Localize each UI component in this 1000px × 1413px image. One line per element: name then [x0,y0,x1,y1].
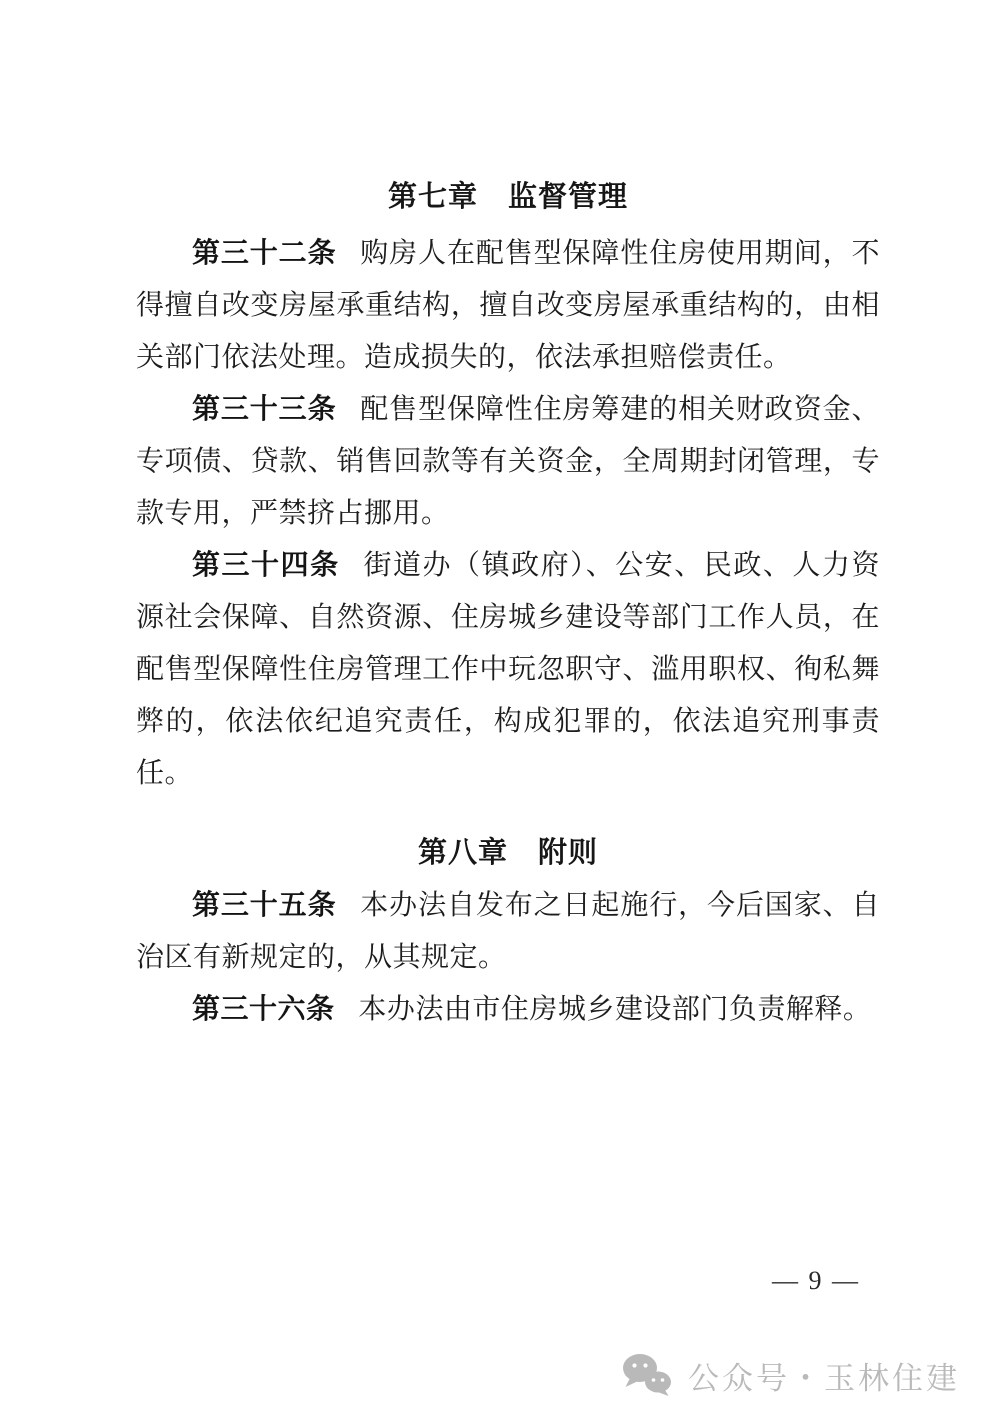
article-36-label: 第三十六条 [192,994,335,1025]
wechat-icon [620,1352,674,1398]
article-34-label: 第三十四条 [192,550,340,581]
article-33: 第三十三条配售型保障性住房筹建的相关财政资金、专项债、贷款、销售回款等有关资金，… [136,384,880,540]
document-content: 第七章 监督管理 第三十二条购房人在配售型保障性住房使用期间，不得擅自改变房屋承… [136,180,880,1036]
article-34: 第三十四条街道办（镇政府）、公安、民政、人力资源社会保障、自然资源、住房城乡建设… [136,540,880,800]
article-36: 第三十六条本办法由市住房城乡建设部门负责解释。 [136,984,880,1036]
article-35: 第三十五条本办法自发布之日起施行，今后国家、自治区有新规定的，从其规定。 [136,880,880,984]
article-32-label: 第三十二条 [192,238,336,269]
wechat-watermark-label: 公众号・玉林住建 [688,1353,960,1398]
article-35-label: 第三十五条 [192,890,336,921]
chapter-8-heading: 第八章 附则 [136,836,880,870]
article-32: 第三十二条购房人在配售型保障性住房使用期间，不得擅自改变房屋承重结构，擅自改变房… [136,228,880,384]
page-number: — 9 — [772,1266,860,1296]
wechat-watermark: 公众号・玉林住建 [620,1352,960,1398]
document-page: 第七章 监督管理 第三十二条购房人在配售型保障性住房使用期间，不得擅自改变房屋承… [0,0,1000,1413]
article-34-text: 街道办（镇政府）、公安、民政、人力资源社会保障、自然资源、住房城乡建设等部门工作… [136,550,880,789]
article-36-text: 本办法由市住房城乡建设部门负责解释。 [358,994,871,1025]
article-33-label: 第三十三条 [192,394,336,425]
chapter-7-heading: 第七章 监督管理 [136,180,880,214]
